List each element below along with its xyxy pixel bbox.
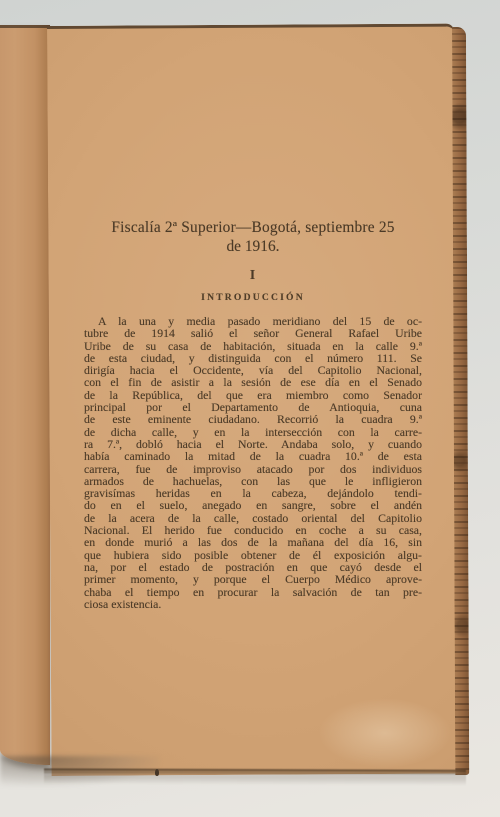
dateline-line2: de 1916. [84,238,422,257]
body-paragraph: A la una y media pasado meridiano del 15… [84,315,422,610]
body-text-line: primer momento, y porque el Cuerpo Médic… [84,573,422,585]
body-text-line: de este eminente ciudadano. Recorrió la … [84,413,422,425]
section-heading: INTRODUCCIÓN [84,292,422,303]
chapter-numeral: I [84,267,422,283]
body-text-line: había caminado la mitad de la cuadra 10.… [84,450,422,462]
book-photo: Fiscalía 2ª Superior—Bogotá, septiembre … [0,0,500,817]
body-text-line: carrera, fue de improviso atacado por do… [84,463,422,475]
body-text-line: tubre de 1914 salió el señor General Raf… [84,327,422,339]
paper-stain [318,698,452,768]
body-text-line: en donde murió a las dos de la mañana de… [84,536,422,548]
dateline-line1: Fiscalía 2ª Superior—Bogotá, septiembre … [84,219,422,238]
body-text-line: con el fin de asistir a la sesión de ese… [84,376,422,388]
body-text-line: ciosa existencia. [84,598,422,610]
body-text-line: do en el suelo, anegado en sangre, sobre… [84,499,422,511]
body-text-line: chaba el tiempo en procurar la salvación… [84,586,422,598]
page-text: Fiscalía 2ª Superior—Bogotá, septiembre … [84,219,422,610]
page-bottom-shadow [44,768,466,785]
page-fore-edge [452,27,469,775]
paper-speck [155,769,159,776]
book-gutter-page [0,25,50,765]
